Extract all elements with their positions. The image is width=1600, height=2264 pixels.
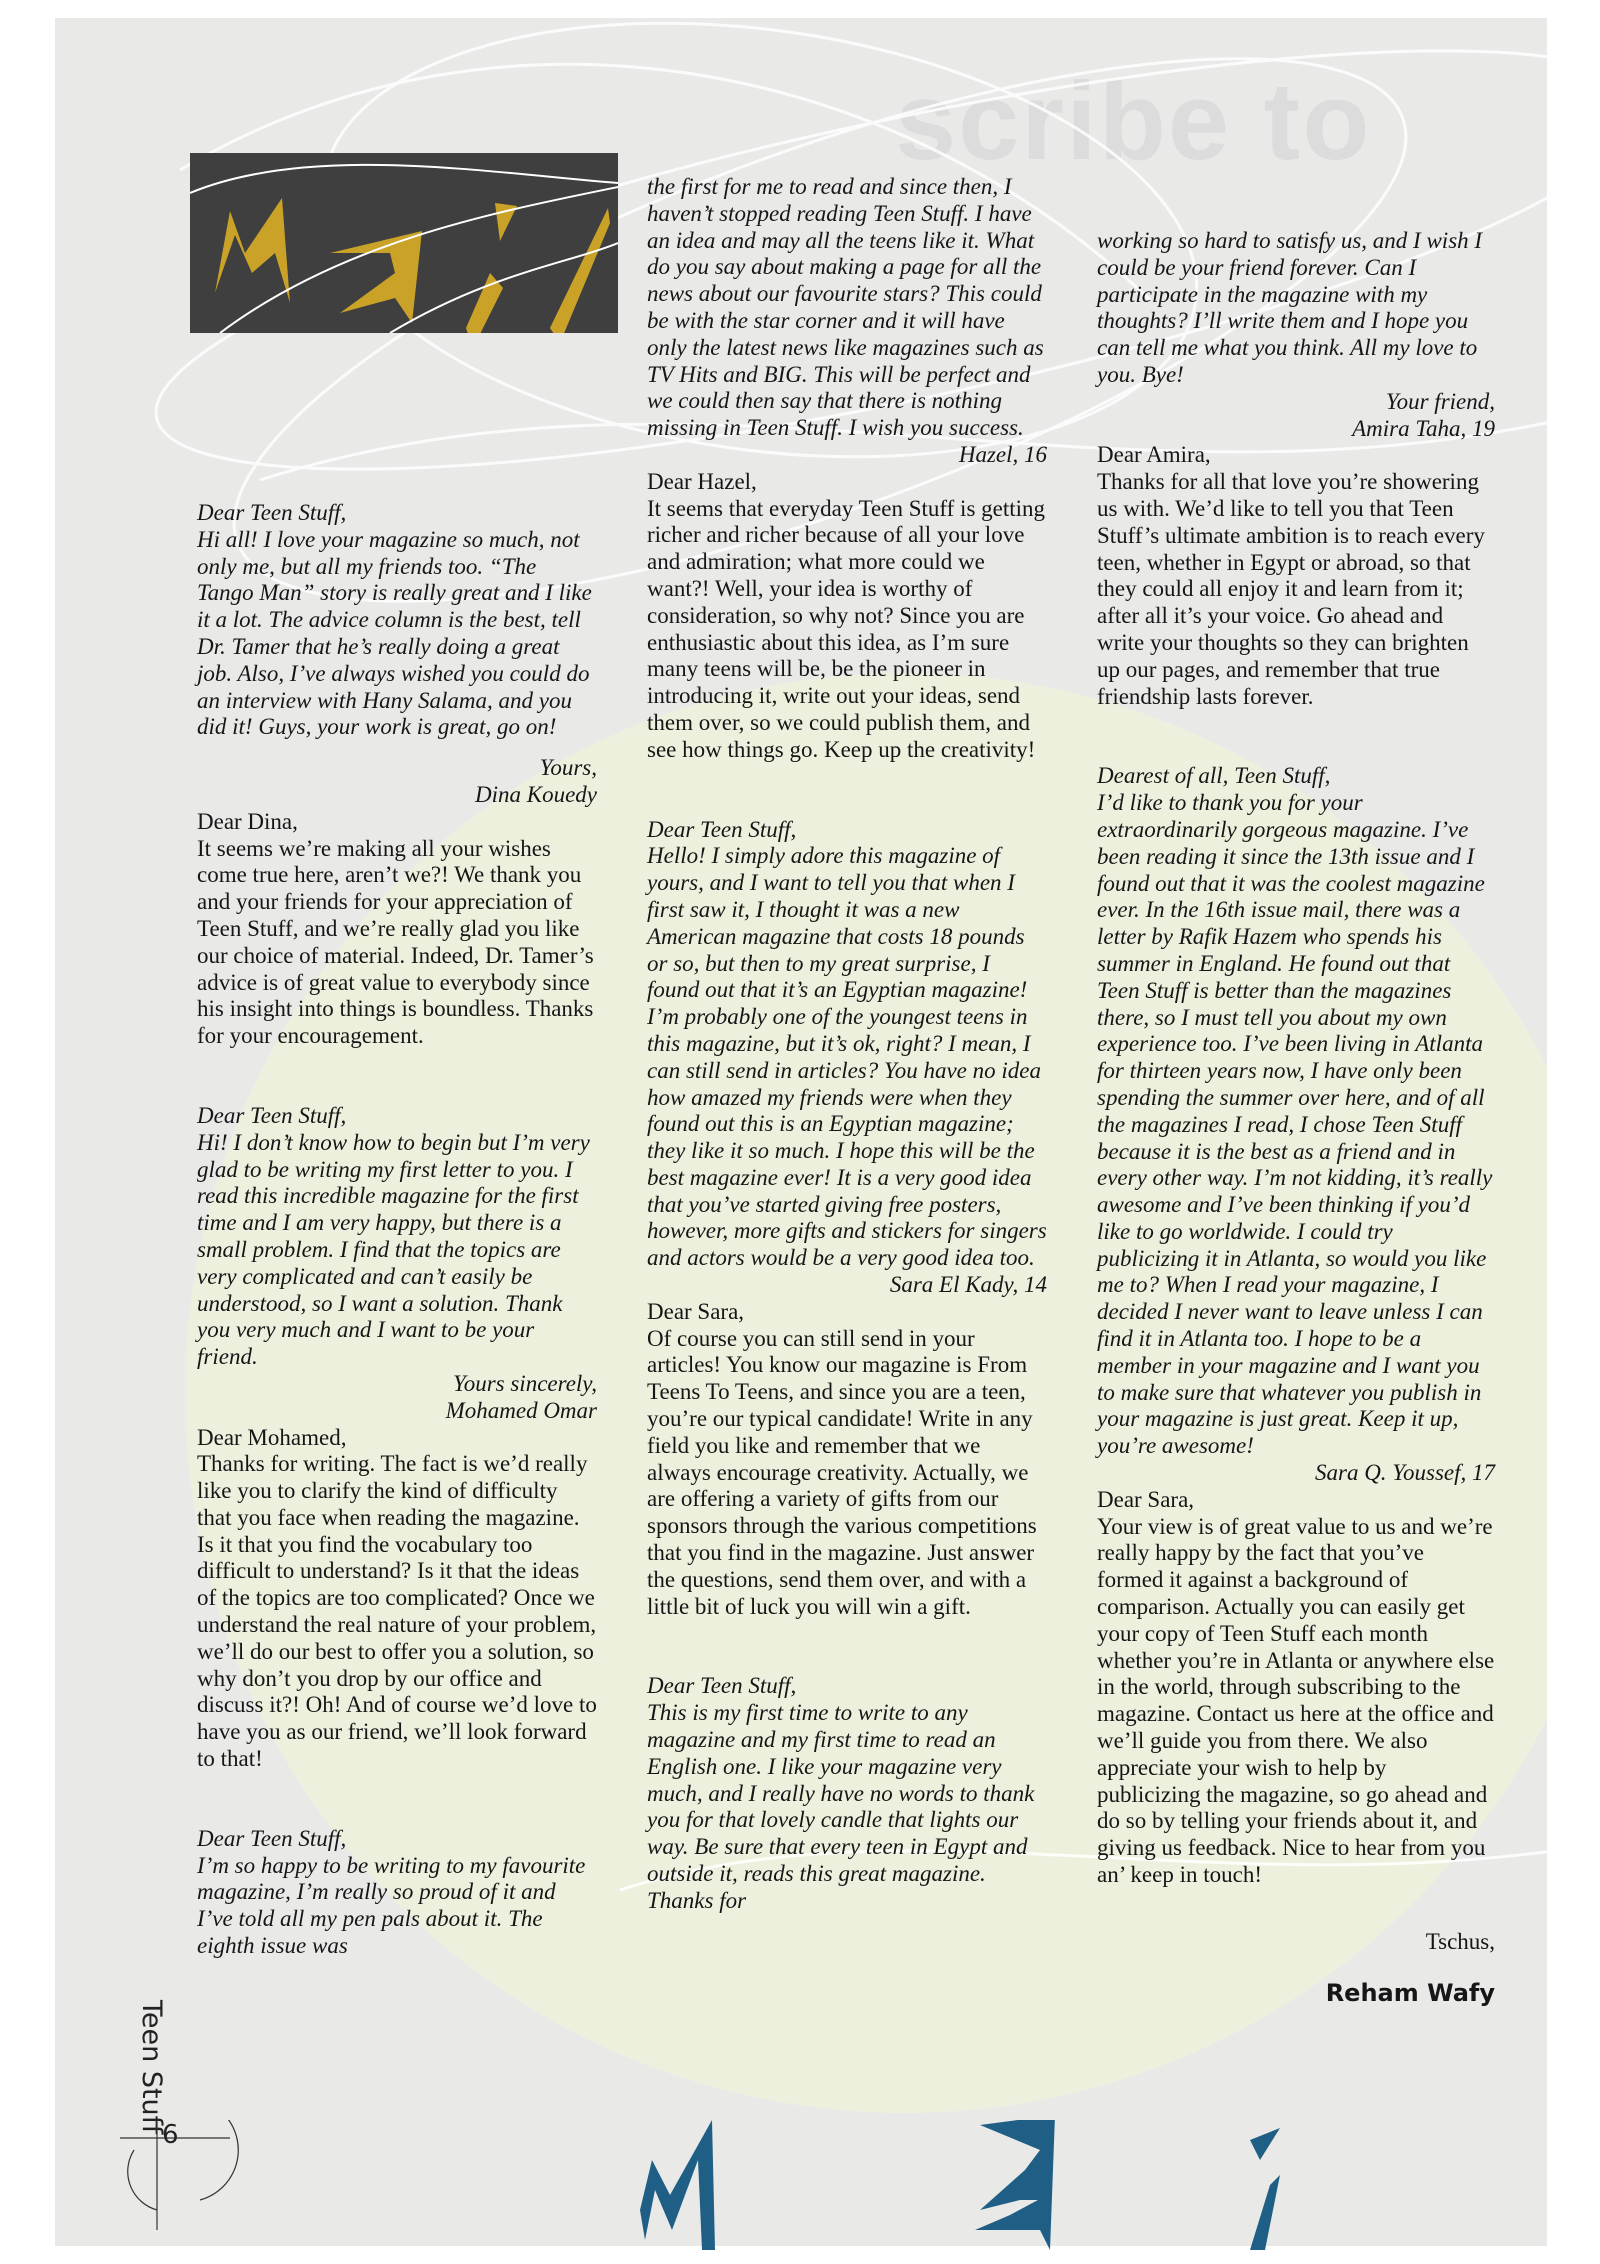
letter-salutation: Dear Teen Stuff,: [197, 1826, 597, 1853]
editor-reply: Dear Hazel, It seems that everyday Teen …: [647, 469, 1047, 764]
reader-letter: Dear Teen Stuff, I’m so happy to be writ…: [197, 1826, 597, 1960]
letter-signature: Dina Kouedy: [197, 782, 597, 809]
mail-logo-icon: [190, 153, 618, 333]
letter-salutation: Dear Teen Stuff,: [197, 500, 597, 527]
editor-reply: Dear Sara, Your view is of great value t…: [1097, 1487, 1495, 1889]
reply-salutation: Dear Dina,: [197, 809, 597, 836]
editor-reply: Dear Sara, Of course you can still send …: [647, 1299, 1047, 1621]
editor-reply: Dear Mohamed, Thanks for writing. The fa…: [197, 1425, 597, 1773]
letter-signature: Mohamed Omar: [197, 1398, 597, 1425]
mail-footer-letters-icon: [640, 2120, 1540, 2250]
letter-closing: Yours sincerely,: [197, 1371, 597, 1398]
page-corner-ornament-icon: [120, 2120, 240, 2230]
letter-signature: Sara El Kady, 14: [647, 1272, 1047, 1299]
editor-closing: Tschus,: [1097, 1929, 1495, 1956]
letter-salutation: Dearest of all, Teen Stuff,: [1097, 763, 1495, 790]
reply-salutation: Dear Hazel,: [647, 469, 1047, 496]
letter-body: I’m so happy to be writing to my favouri…: [197, 1853, 597, 1960]
letter-salutation: Dear Teen Stuff,: [647, 1673, 1047, 1700]
reply-body: Of course you can still send in your art…: [647, 1326, 1047, 1621]
reader-letter: Dear Teen Stuff, Hi all! I love your mag…: [197, 500, 597, 809]
letter-body: This is my first time to write to any ma…: [647, 1700, 1047, 1914]
column-3: working so hard to satisfy us, and I wis…: [1097, 228, 1495, 2030]
editor-reply: Dear Dina, It seems we’re making all you…: [197, 809, 597, 1050]
reply-salutation: Dear Sara,: [647, 1299, 1047, 1326]
reader-letter: Dear Teen Stuff, Hi! I don’t know how to…: [197, 1103, 597, 1425]
letter-body: Hi! I don’t know how to begin but I’m ve…: [197, 1130, 597, 1371]
mail-header-box: [190, 153, 618, 333]
letter-salutation: Dear Teen Stuff,: [647, 817, 1047, 844]
reader-letter-continued: working so hard to satisfy us, and I wis…: [1097, 228, 1495, 442]
reader-letter-continued: the first for me to read and since then,…: [647, 174, 1047, 469]
reply-body: Thanks for all that love you’re showerin…: [1097, 469, 1495, 710]
reply-body: It seems we’re making all your wishes co…: [197, 836, 597, 1050]
reply-salutation: Dear Mohamed,: [197, 1425, 597, 1452]
page-number: 6: [162, 2120, 179, 2150]
column-1: Dear Teen Stuff, Hi all! I love your mag…: [197, 500, 597, 1960]
letter-body: Hi all! I love your magazine so much, no…: [197, 527, 597, 741]
reader-letter: Dearest of all, Teen Stuff, I’d like to …: [1097, 763, 1495, 1487]
reader-letter: Dear Teen Stuff, This is my first time t…: [647, 1673, 1047, 1914]
letter-signature: Sara Q. Youssef, 17: [1097, 1460, 1495, 1487]
column-2: the first for me to read and since then,…: [647, 174, 1047, 1915]
letter-body: working so hard to satisfy us, and I wis…: [1097, 228, 1495, 389]
reply-body: Your view is of great value to us and we…: [1097, 1514, 1495, 1889]
letter-body: the first for me to read and since then,…: [647, 174, 1047, 442]
letter-signature: Hazel, 16: [647, 442, 1047, 469]
letter-body: I’d like to thank you for your extraordi…: [1097, 790, 1495, 1460]
letter-closing: Your friend,: [1097, 389, 1495, 416]
reply-salutation: Dear Amira,: [1097, 442, 1495, 469]
letter-closing: Yours,: [197, 755, 597, 782]
reply-body: It seems that everyday Teen Stuff is get…: [647, 496, 1047, 764]
letter-signature: Amira Taha, 19: [1097, 416, 1495, 443]
reader-letter: Dear Teen Stuff, Hello! I simply adore t…: [647, 817, 1047, 1299]
editor-reply: Dear Amira, Thanks for all that love you…: [1097, 442, 1495, 710]
reply-salutation: Dear Sara,: [1097, 1487, 1495, 1514]
reply-body: Thanks for writing. The fact is we’d rea…: [197, 1451, 597, 1773]
editor-signature: Reham Wafy: [1097, 1980, 1495, 2007]
letter-salutation: Dear Teen Stuff,: [197, 1103, 597, 1130]
letter-body: Hello! I simply adore this magazine of y…: [647, 843, 1047, 1272]
